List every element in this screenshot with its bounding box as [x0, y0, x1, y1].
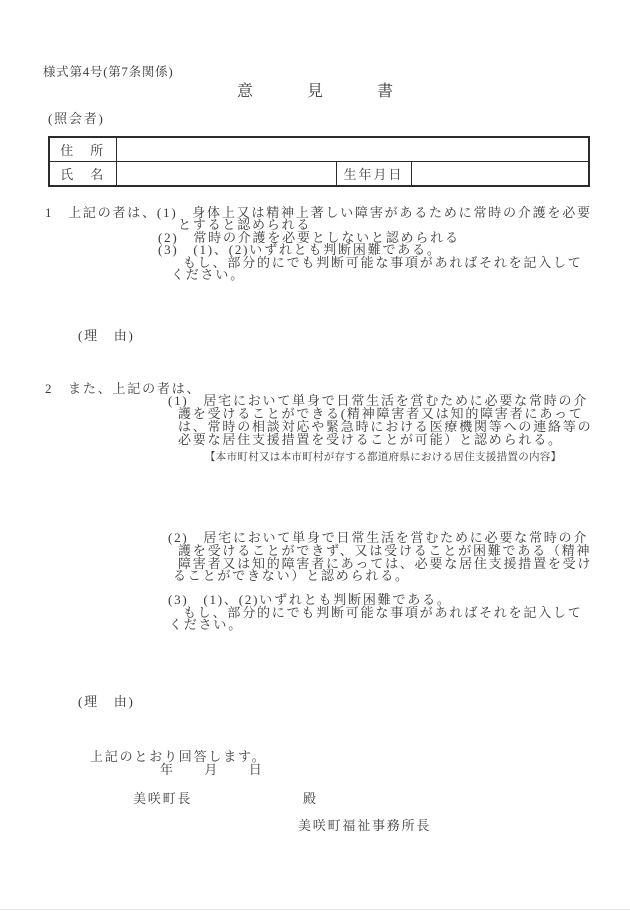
section2-item1-line-4: 必要な居住支援措置を受けることが可能）と認められる。: [178, 433, 563, 446]
birthdate-value-cell: [411, 162, 589, 187]
table-row: 住 所: [49, 137, 589, 162]
addressee-name: 美咲町長: [133, 792, 192, 805]
inquirer-table: 住 所 氏 名 生年月日: [48, 136, 590, 187]
section1-line-1: 1 上記の者は、(1) 身体上又は精神上著しい障害があるために常時の介護を必要: [45, 206, 592, 219]
housing-support-note: 【本市町村又は本市町村が存する都道府県における居住支援措置の内容】: [205, 452, 561, 463]
birthdate-label-cell: 生年月日: [336, 162, 411, 187]
document-page: 様式第4号(第7条関係) 意 見 書 (照会者) 住 所 氏 名 生年月日 1 …: [0, 0, 630, 915]
section2-item3-line-3: ください。: [169, 618, 243, 631]
name-label-cell: 氏 名: [49, 162, 116, 187]
section1-line-6: ください。: [171, 268, 245, 281]
section1-reason-label: (理 由): [78, 329, 135, 342]
page-bottom-edge: [0, 909, 630, 910]
section2-reason-label: (理 由): [78, 695, 135, 708]
form-number: 様式第4号(第7条関係): [43, 66, 173, 79]
inquirer-label: (照会者): [48, 112, 105, 125]
name-value-cell: [116, 162, 336, 187]
date-line: 年 月 日: [160, 763, 264, 776]
addressee-honorific: 殿: [303, 792, 318, 805]
address-label-cell: 住 所: [49, 137, 116, 162]
sender-title: 美咲町福祉事務所長: [298, 819, 431, 832]
address-value-cell: [116, 137, 589, 162]
section2-item2-line-4: ることができない）と認められる。: [173, 569, 410, 582]
table-row: 氏 名 生年月日: [49, 162, 589, 187]
document-title: 意 見 書: [0, 83, 630, 100]
